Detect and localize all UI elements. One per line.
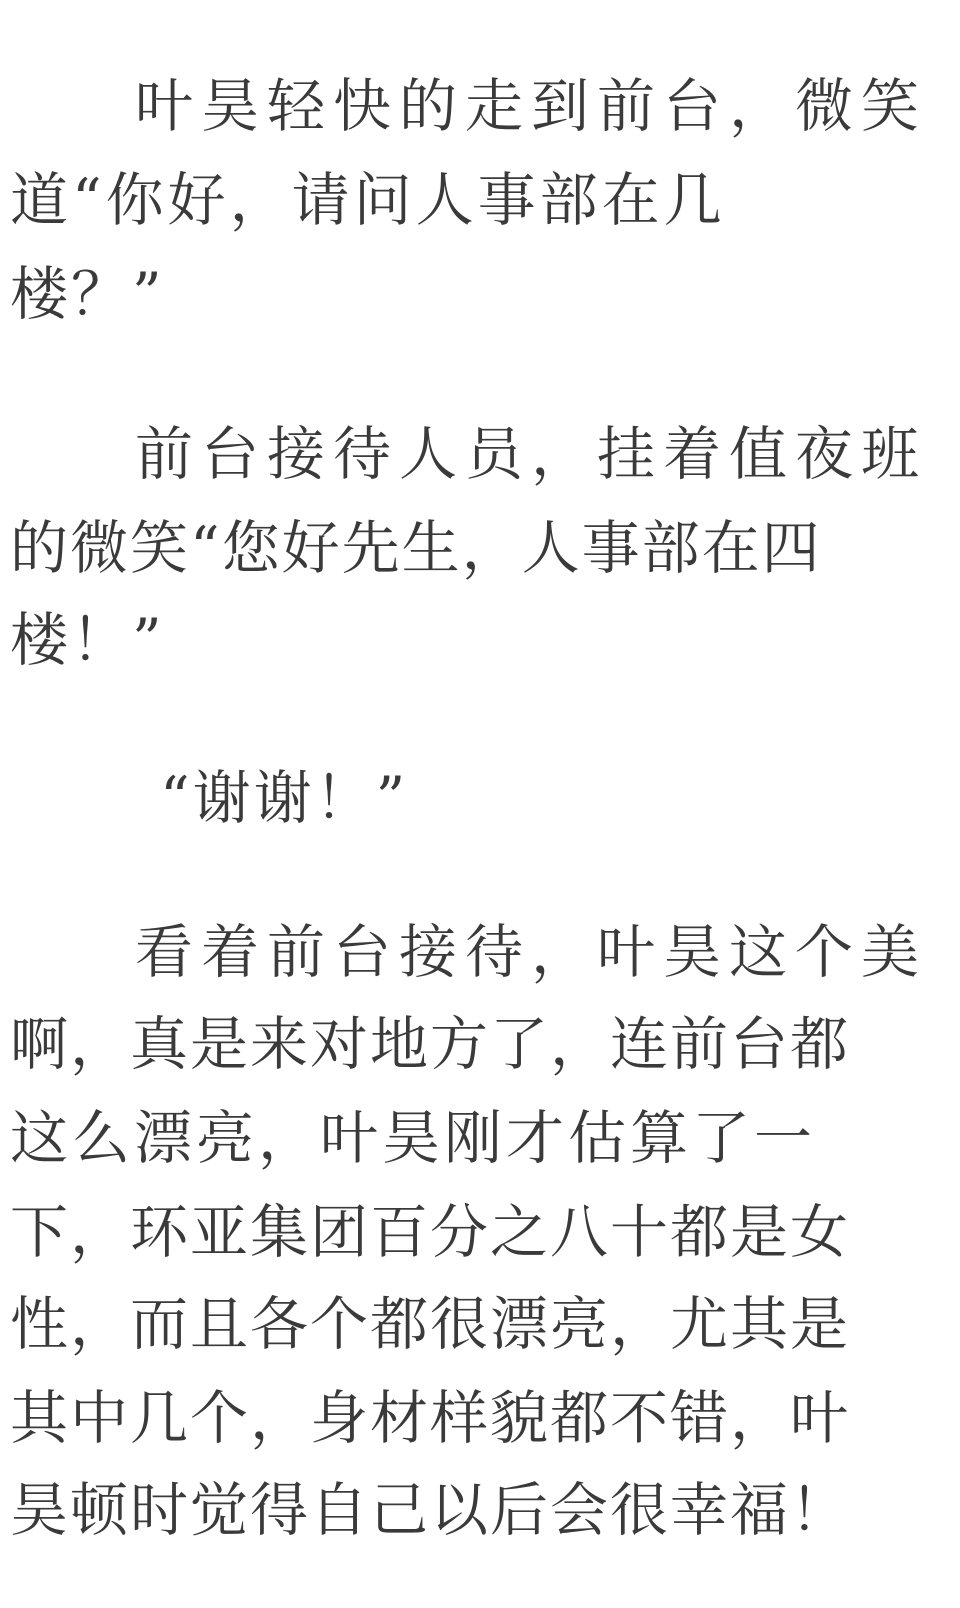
paragraph-2-line-3: 楼！”: [10, 600, 165, 680]
paragraph-4-line-4: 下，环亚集团百分之八十都是女: [10, 1192, 850, 1272]
paragraph-1-line-2: 道“你好，请问人事部在几: [10, 160, 726, 240]
paragraph-1-line-3: 楼？”: [10, 254, 165, 334]
paragraph-4-line-2: 啊，真是来对地方了，连前台都: [10, 1004, 850, 1084]
document-page: 叶昊轻快的走到前台，微笑 道“你好，请问人事部在几 楼？” 前台接待人员，挂着值…: [0, 0, 960, 1608]
paragraph-3-line-1: “谢谢！”: [160, 758, 408, 838]
paragraph-4-line-3: 这么漂亮，叶昊刚才估算了一: [10, 1098, 816, 1178]
paragraph-4-line-5: 性，而且各个都很漂亮，尤其是: [10, 1284, 850, 1364]
paragraph-4-line-1: 看着前台接待，叶昊这个美: [135, 912, 927, 992]
paragraph-2-line-1: 前台接待人员，挂着值夜班: [135, 414, 927, 494]
paragraph-4-line-6: 其中几个，身材样貌都不错，叶: [10, 1378, 850, 1458]
paragraph-4-line-7: 昊顿时觉得自己以后会很幸福！: [10, 1470, 850, 1550]
paragraph-2-line-2: 的微笑“您好先生，人事部在四: [10, 508, 822, 588]
paragraph-1-line-1: 叶昊轻快的走到前台，微笑: [135, 66, 927, 146]
